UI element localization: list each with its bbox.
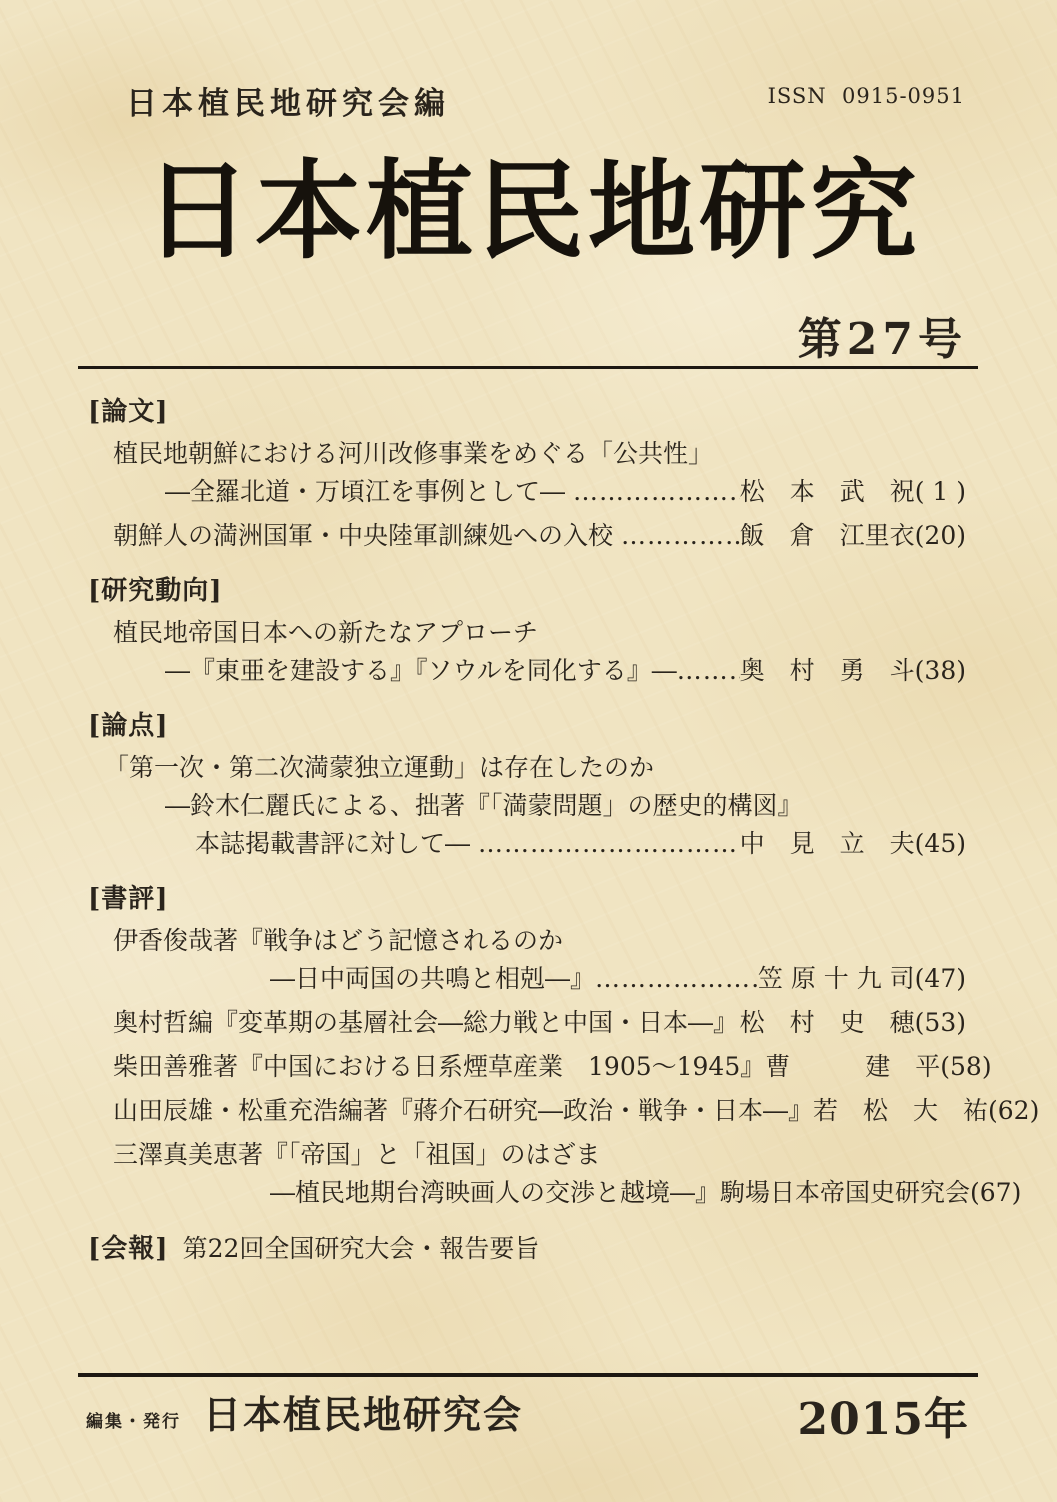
entry-line: 朝鮮人の満洲国軍・中央陸軍訓練処への入校 …………………………………………………… — [88, 517, 966, 555]
section-bulletin: [会報] 第22回全国研究大会・報告要旨 — [88, 1230, 966, 1268]
entry-line: 柴田善雅著『中国における日系煙草産業 1905〜1945』 …………………………… — [88, 1048, 966, 1086]
entry-author-page: 奥 村 勇 斗(38) — [740, 652, 966, 690]
toc-item: 植民地朝鮮における河川改修事業をめぐる「公共性」 ―全羅北道・万頃江を事例として… — [88, 435, 966, 511]
toc-item: 「第一次・第二次満蒙独立運動」は存在したのか ―鈴木仁麗氏による、拙著『「満蒙問… — [88, 749, 966, 863]
section-header: [論点] — [88, 708, 966, 744]
entry-line: 山田辰雄・松重充浩編著『蔣介石研究―政治・戦争・日本―』 ……………………………… — [88, 1092, 966, 1130]
entry-title: 山田辰雄・松重充浩編著『蔣介石研究―政治・戦争・日本―』 — [113, 1092, 813, 1130]
entry-subtitle: ―鈴木仁麗氏による、拙著『「満蒙問題」の歴史的構図』 — [165, 787, 803, 825]
entry-author-page: 松 本 武 祝( 1 ) — [740, 473, 966, 511]
entry-author-page: 曹 建 平(58) — [765, 1048, 991, 1086]
section-header: [会報] — [88, 1230, 169, 1268]
entry-author-page: 松 村 史 穂(53) — [740, 1004, 966, 1042]
entry-line: ―日中両国の共鳴と相剋―』 ……………………………………………………………………… — [88, 960, 966, 998]
entry-author-page: 中 見 立 夫(45) — [740, 825, 966, 863]
entry-author-page: 飯 倉 江里衣(20) — [740, 517, 966, 555]
entry-title: 植民地朝鮮における河川改修事業をめぐる「公共性」 — [113, 435, 713, 473]
entry-title: 三澤真美恵著『「帝国」と「祖国」のはざま — [113, 1136, 601, 1174]
publisher-label: 編集・発行 — [86, 1407, 181, 1432]
table-of-contents: [論文] 植民地朝鮮における河川改修事業をめぐる「公共性」 ―全羅北道・万頃江を… — [88, 394, 966, 1286]
issue-number: 第27号 — [798, 303, 967, 367]
section-discussion: [論点] 「第一次・第二次満蒙独立運動」は存在したのか ―鈴木仁麗氏による、拙著… — [88, 708, 966, 863]
entry-title: 伊香俊哉著『戦争はどう記憶されるのか — [113, 922, 563, 960]
leader-dots: ……………………………………………………………………………… — [677, 652, 740, 690]
publisher-name: 日本植民地研究会 — [203, 1384, 523, 1439]
toc-item: 柴田善雅著『中国における日系煙草産業 1905〜1945』 …………………………… — [88, 1048, 966, 1086]
entry-title: 朝鮮人の満洲国軍・中央陸軍訓練処への入校 — [113, 517, 621, 555]
entry-title: 植民地帝国日本への新たなアプローチ — [113, 614, 538, 652]
entry-line: 「第一次・第二次満蒙独立運動」は存在したのか — [88, 749, 966, 787]
section-header: [論文] — [88, 394, 966, 430]
section-book-reviews: [書評] 伊香俊哉著『戦争はどう記憶されるのか ―日中両国の共鳴と相剋―』 ……… — [88, 881, 966, 1212]
entry-line: ―鈴木仁麗氏による、拙著『「満蒙問題」の歴史的構図』 — [88, 787, 966, 825]
leader-dots: ……………………………………………………………………………… — [595, 960, 758, 998]
entry-title: 奥村哲編『変革期の基層社会―総力戦と中国・日本―』 — [113, 1004, 738, 1042]
editor-line: 日本植民地研究会編 — [126, 78, 450, 123]
entry-subtitle: ―日中両国の共鳴と相剋―』 — [270, 960, 595, 998]
bulletin-text: 第22回全国研究大会・報告要旨 — [183, 1230, 540, 1268]
top-divider — [78, 366, 978, 369]
entry-line: 植民地帝国日本への新たなアプローチ — [88, 614, 966, 652]
leader-dots: ……………………………………………………………………………… — [621, 517, 740, 555]
toc-item: 三澤真美恵著『「帝国」と「祖国」のはざま ―植民地期台湾映画人の交渉と越境―』 … — [88, 1136, 966, 1212]
section-articles: [論文] 植民地朝鮮における河川改修事業をめぐる「公共性」 ―全羅北道・万頃江を… — [88, 394, 966, 555]
entry-line: 植民地朝鮮における河川改修事業をめぐる「公共性」 — [88, 435, 966, 473]
toc-item: 山田辰雄・松重充浩編著『蔣介石研究―政治・戦争・日本―』 ……………………………… — [88, 1092, 966, 1130]
section-header: [研究動向] — [88, 573, 966, 609]
entry-subtitle: 本誌掲載書評に対して― — [195, 825, 478, 863]
entry-author-page: 笠 原 十 九 司(47) — [758, 960, 966, 998]
toc-item: 伊香俊哉著『戦争はどう記憶されるのか ―日中両国の共鳴と相剋―』 …………………… — [88, 922, 966, 998]
toc-item: 植民地帝国日本への新たなアプローチ ―『東亜を建設する』『ソウルを同化する』― … — [88, 614, 966, 690]
entry-title: 「第一次・第二次満蒙独立運動」は存在したのか — [104, 749, 654, 787]
issn-number: ISSN 0915-0951 — [768, 84, 965, 108]
section-research-trends: [研究動向] 植民地帝国日本への新たなアプローチ ―『東亜を建設する』『ソウルを… — [88, 573, 966, 690]
bottom-divider — [78, 1373, 978, 1377]
entry-line: 三澤真美恵著『「帝国」と「祖国」のはざま — [88, 1136, 966, 1174]
leader-dots: ……………………………………………………………………………… — [573, 473, 740, 511]
entry-line: 伊香俊哉著『戦争はどう記憶されるのか — [88, 922, 966, 960]
entry-subtitle: ―『東亜を建設する』『ソウルを同化する』― — [165, 652, 677, 690]
entry-author-page: 若 松 大 祐(62) — [813, 1092, 1039, 1130]
toc-item: 奥村哲編『変革期の基層社会―総力戦と中国・日本―』 ……………………………………… — [88, 1004, 966, 1042]
entry-line: ―『東亜を建設する』『ソウルを同化する』― ………………………………………………… — [88, 652, 966, 690]
entry-line: 奥村哲編『変革期の基層社会―総力戦と中国・日本―』 ……………………………………… — [88, 1004, 966, 1042]
journal-title: 日本植民地研究 — [144, 150, 921, 273]
entry-title: 柴田善雅著『中国における日系煙草産業 1905〜1945』 — [113, 1048, 765, 1086]
entry-line: ―植民地期台湾映画人の交渉と越境―』 ………………………………………………………… — [88, 1174, 966, 1212]
entry-subtitle: ―植民地期台湾映画人の交渉と越境―』 — [270, 1174, 720, 1212]
entry-subtitle: ―全羅北道・万頃江を事例として― — [165, 473, 573, 511]
leader-dots: ……………………………………………………………………………… — [478, 825, 740, 863]
publication-year: 2015年 — [798, 1383, 969, 1447]
entry-line: 本誌掲載書評に対して― …………………………………………………………………………… — [88, 825, 966, 863]
section-header: [書評] — [88, 881, 966, 917]
toc-item: 朝鮮人の満洲国軍・中央陸軍訓練処への入校 …………………………………………………… — [88, 517, 966, 555]
entry-author-page: 駒場日本帝国史研究会(67) — [720, 1174, 1021, 1212]
journal-cover: 日本植民地研究会編 ISSN 0915-0951 日本植民地研究 第27号 [論… — [0, 0, 1057, 1502]
entry-line: ―全羅北道・万頃江を事例として― ……………………………………………………………… — [88, 473, 966, 511]
